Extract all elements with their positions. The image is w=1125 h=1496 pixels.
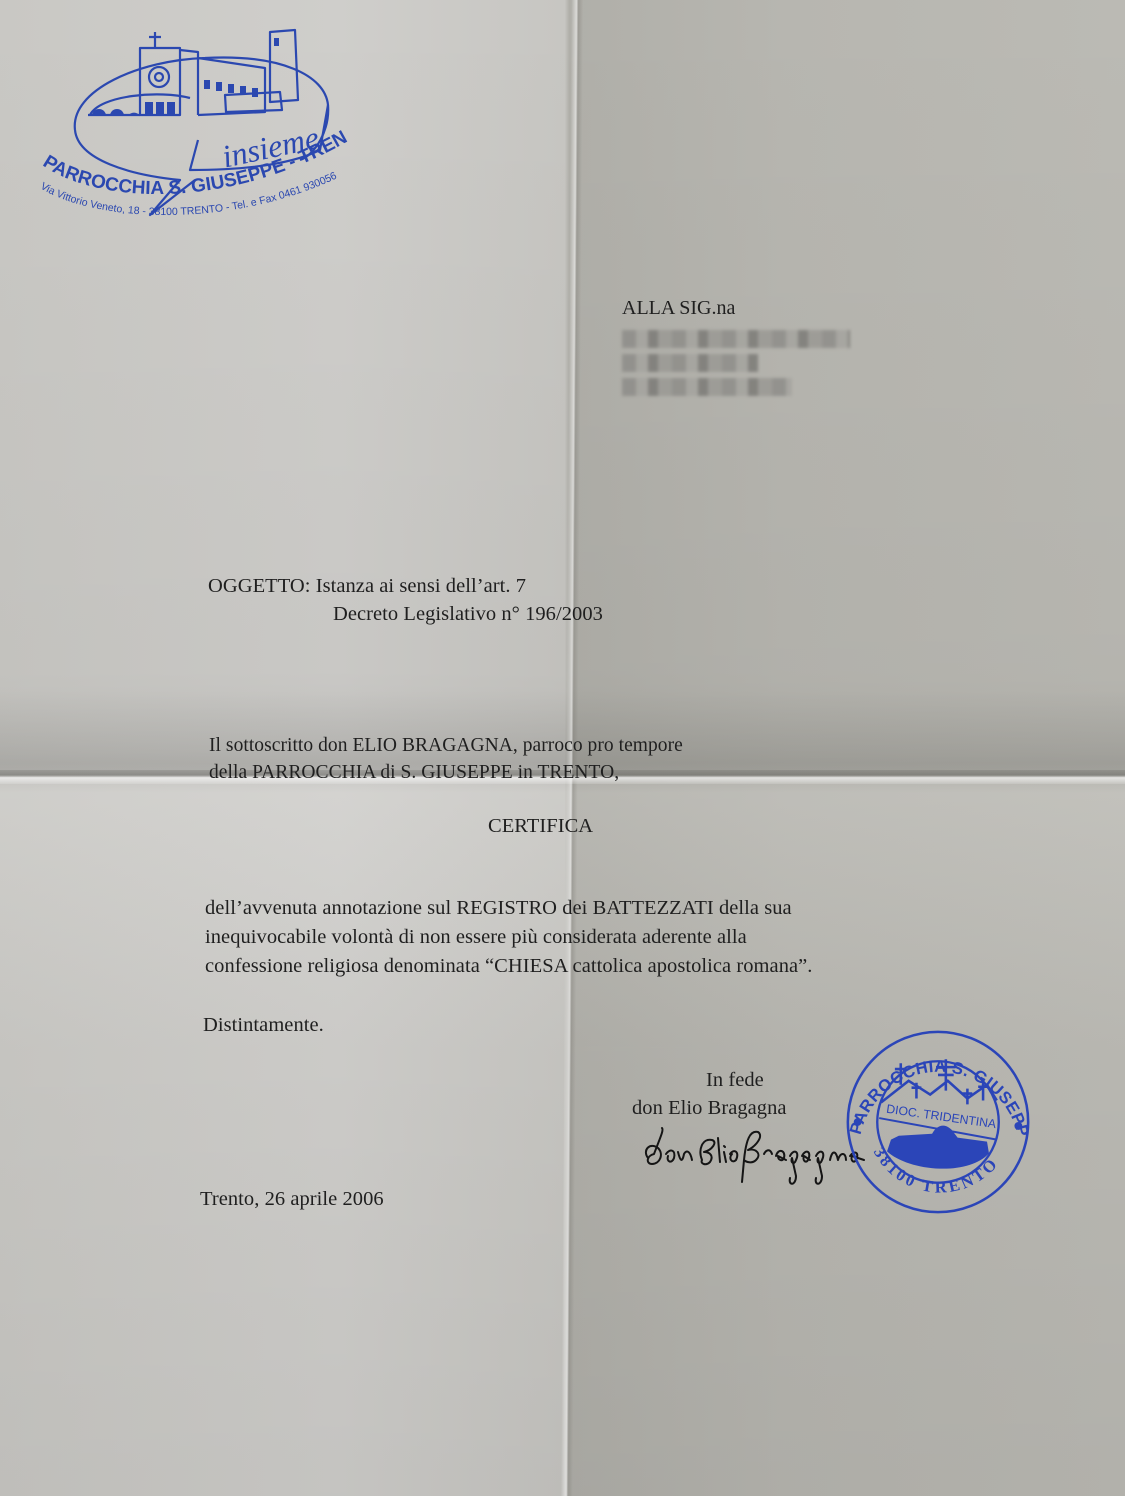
stamp-seal-icon: PARROCCHIA S. GIUSEPPE 38100 TRENTO DIOC… — [840, 1024, 1036, 1220]
paragraph-line-1: dell’avvenuta annotazione sul REGISTRO d… — [205, 897, 792, 920]
in-fede-text: In fede — [706, 1069, 764, 1092]
intro-line-1: Il sottoscritto don ELIO BRAGAGNA, parro… — [209, 735, 683, 757]
redacted-recipient-name — [622, 330, 850, 348]
church-ribbon-icon: insieme PARROCCHIA S. GIUSEPPE - TRENTO … — [30, 20, 380, 240]
signature-icon — [640, 1120, 870, 1200]
subject-text: Istanza ai sensi dell’art. 7 — [316, 575, 526, 597]
subject-label: OGGETTO: — [208, 575, 311, 597]
recipient-salutation: ALLA SIG.na — [622, 297, 850, 320]
handwritten-signature — [640, 1120, 870, 1200]
place-date: Trento, 26 aprile 2006 — [200, 1188, 384, 1211]
redacted-recipient-street — [622, 354, 758, 372]
recipient-block: ALLA SIG.na — [622, 297, 850, 396]
paragraph-line-3: confessione religiosa denominata “CHIESA… — [205, 955, 812, 978]
parish-letterhead-logo: insieme PARROCCHIA S. GIUSEPPE - TRENTO … — [30, 20, 380, 240]
parish-stamp: PARROCCHIA S. GIUSEPPE 38100 TRENTO DIOC… — [840, 1024, 1036, 1220]
redacted-recipient-city — [622, 378, 792, 396]
signatory-name: don Elio Bragagna — [632, 1097, 787, 1120]
paragraph-line-2: inequivocabile volontà di non essere più… — [205, 926, 747, 949]
closing-text: Distintamente. — [203, 1014, 324, 1037]
subject-line-1: OGGETTO: Istanza ai sensi dell’art. 7 — [208, 575, 526, 598]
subject-line-2: Decreto Legislativo n° 196/2003 — [333, 603, 603, 626]
certifica-heading: CERTIFICA — [488, 815, 593, 838]
intro-line-2: della PARROCCHIA di S. GIUSEPPE in TRENT… — [209, 762, 619, 784]
